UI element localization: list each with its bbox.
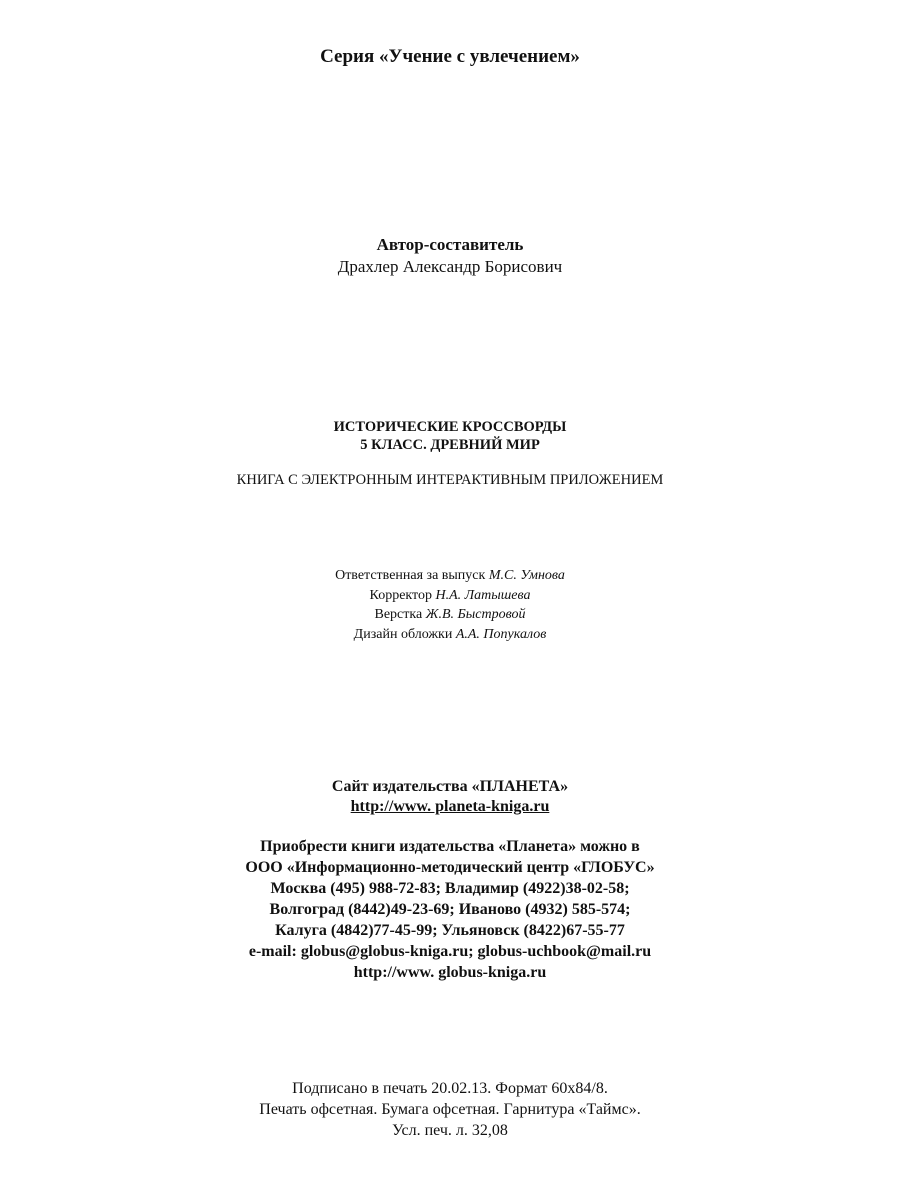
publisher-site-link[interactable]: http://www. planeta-kniga.ru <box>0 797 900 817</box>
distributor-block: Приобрести книги издательства «Планета» … <box>0 836 900 983</box>
distributor-site-link[interactable]: http://www. globus-kniga.ru <box>0 962 900 983</box>
credits-list: Ответственная за выпуск М.С. Умнова Корр… <box>0 566 900 644</box>
credit-item: Верстка Ж.В. Быстровой <box>0 605 900 625</box>
author-name: Драхлер Александр Борисович <box>0 256 900 278</box>
subtitle-text: КНИГА С ЭЛЕКТРОННЫМ ИНТЕРАКТИВНЫМ ПРИЛОЖ… <box>0 472 900 489</box>
credit-item: Дизайн обложки А.А. Попукалов <box>0 625 900 645</box>
publisher-site-label: Сайт издательства «ПЛАНЕТА» <box>0 777 900 797</box>
imprint-line: Подписано в печать 20.02.13. Формат 60x8… <box>0 1078 900 1099</box>
imprint-line: Печать офсетная. Бумага офсетная. Гарнит… <box>0 1099 900 1120</box>
distributor-email: e-mail: globus@globus-kniga.ru; globus-u… <box>0 941 900 962</box>
series-text: Серия «Учение с увлечением» <box>0 46 900 68</box>
credit-role: Корректор <box>370 588 432 603</box>
credit-item: Ответственная за выпуск М.С. Умнова <box>0 566 900 586</box>
credit-person: А.А. Попукалов <box>456 627 546 642</box>
credit-person: Н.А. Латышева <box>435 588 530 603</box>
distributor-phones: Калуга (4842)77-45-99; Ульяновск (8422)6… <box>0 920 900 941</box>
title-line-1: ИСТОРИЧЕСКИЕ КРОССВОРДЫ <box>0 418 900 436</box>
distributor-line: ООО «Информационно-методический центр «Г… <box>0 857 900 878</box>
author-block: Автор-составитель Драхлер Александр Бори… <box>0 234 900 278</box>
credit-role: Ответственная за выпуск <box>335 568 485 583</box>
credit-item: Корректор Н.А. Латышева <box>0 586 900 606</box>
credit-person: Ж.В. Быстровой <box>426 607 526 622</box>
title-line-2: 5 КЛАСС. ДРЕВНИЙ МИР <box>0 436 900 454</box>
distributor-phones: Волгоград (8442)49-23-69; Иваново (4932)… <box>0 899 900 920</box>
author-label: Автор-составитель <box>0 234 900 256</box>
book-subtitle: КНИГА С ЭЛЕКТРОННЫМ ИНТЕРАКТИВНЫМ ПРИЛОЖ… <box>0 472 900 489</box>
imprint-details: Подписано в печать 20.02.13. Формат 60x8… <box>0 1078 900 1141</box>
credit-person: М.С. Умнова <box>489 568 565 583</box>
distributor-line: Приобрести книги издательства «Планета» … <box>0 836 900 857</box>
credit-role: Дизайн обложки <box>354 627 453 642</box>
series-title: Серия «Учение с увлечением» <box>0 46 900 68</box>
book-title: ИСТОРИЧЕСКИЕ КРОССВОРДЫ 5 КЛАСС. ДРЕВНИЙ… <box>0 418 900 454</box>
distributor-phones: Москва (495) 988-72-83; Владимир (4922)3… <box>0 878 900 899</box>
book-imprint-page: Серия «Учение с увлечением» Автор-состав… <box>0 0 900 1200</box>
credit-role: Верстка <box>374 607 422 622</box>
publisher-site-block: Сайт издательства «ПЛАНЕТА» http://www. … <box>0 777 900 817</box>
imprint-line: Усл. печ. л. 32,08 <box>0 1120 900 1141</box>
